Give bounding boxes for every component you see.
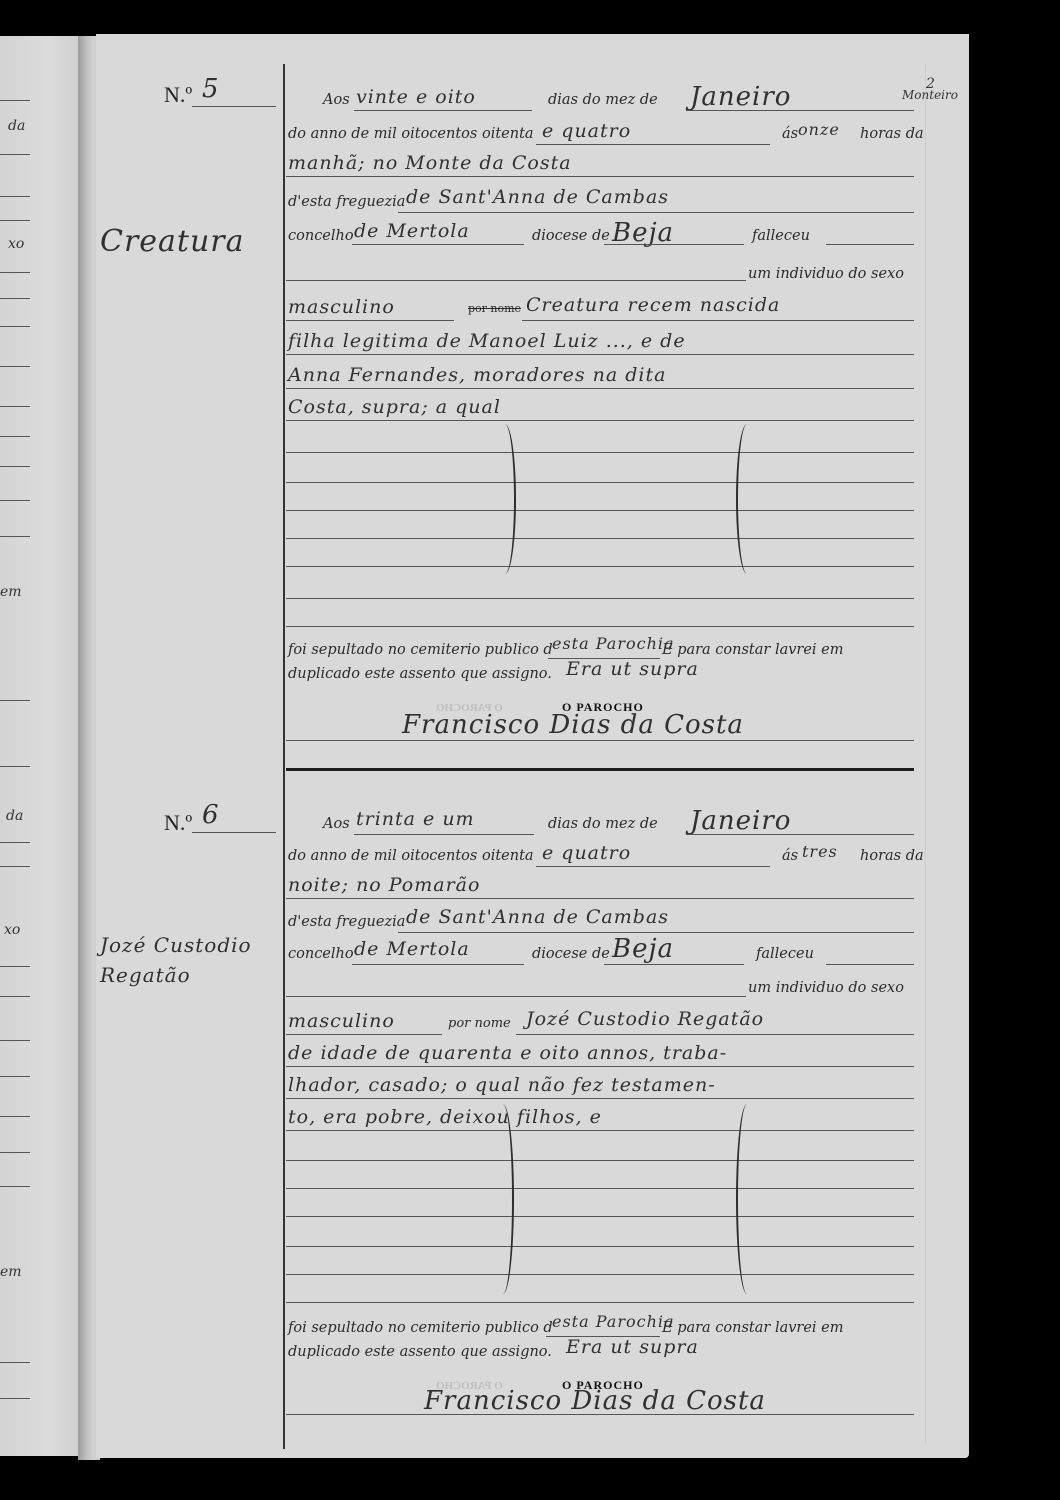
label-por-nome: por nome xyxy=(448,1016,511,1031)
day-value: trinta e um xyxy=(356,808,475,830)
left-page-rule xyxy=(0,406,30,407)
register-page: 2 Monteiro N.º 5 Creatura Aos vinte e oi… xyxy=(96,34,969,1458)
label-para-constar: E para constar lavrei em xyxy=(662,1320,844,1336)
label-falleceu: falleceu xyxy=(756,946,814,962)
label-sepultado: foi sepultado no cemiterio publico d xyxy=(288,642,553,658)
sex-line xyxy=(286,320,454,321)
left-page-rule xyxy=(0,100,30,101)
left-page-rule xyxy=(0,298,30,299)
day-value: vinte e oito xyxy=(356,86,476,108)
label-do-anno: do anno de mil oitocentos oitenta xyxy=(288,848,534,864)
time-place-line xyxy=(286,176,914,177)
detail-line-2: lhador, casado; o qual não fez testamen- xyxy=(288,1074,716,1096)
label-concelho: concelho xyxy=(288,946,354,962)
blank-rule xyxy=(286,1160,914,1161)
left-page-rule xyxy=(0,1186,30,1187)
left-page-rule xyxy=(0,1040,30,1041)
left-page-rule xyxy=(0,996,30,997)
label-do-anno: do anno de mil oitocentos oitenta xyxy=(288,126,534,142)
label-para-constar: E para constar lavrei em xyxy=(662,642,844,658)
label-falleceu: falleceu xyxy=(752,228,810,244)
year-suffix: e quatro xyxy=(542,120,631,142)
label-freguezia: d'esta freguezia xyxy=(288,914,405,930)
diocese-line xyxy=(604,964,744,965)
detail-line-2: Anna Fernandes, moradores na dita xyxy=(288,364,666,386)
number-underline xyxy=(192,106,276,107)
left-page-fragment: da xyxy=(6,808,23,824)
label-por-nome-struck: por nome xyxy=(468,302,521,315)
signature-line xyxy=(286,1414,914,1415)
entry-number-label: N.º xyxy=(164,810,192,836)
blank-rule xyxy=(286,452,914,453)
blank-rule xyxy=(286,598,914,599)
margin-column-divider xyxy=(283,64,285,1449)
left-page-rule xyxy=(0,1116,30,1117)
left-page-rule xyxy=(0,966,30,967)
left-page-fragment: em xyxy=(0,584,22,600)
day-line xyxy=(354,834,534,835)
left-page-fragment: xo xyxy=(4,922,20,938)
detail-rule xyxy=(286,1098,914,1099)
bleed-through-line xyxy=(925,64,926,1444)
label-dias-do-mez: dias do mez de xyxy=(548,92,658,108)
era-ut-supra: Era ut supra xyxy=(566,1336,699,1358)
entry-number: 6 xyxy=(202,800,220,830)
blank-rule xyxy=(286,538,914,539)
detail-rule xyxy=(286,1130,914,1131)
left-page-rule xyxy=(0,466,30,467)
detail-line-1: de idade de quarenta e oito annos, traba… xyxy=(288,1042,727,1064)
left-page-rule xyxy=(0,326,30,327)
left-page-rule xyxy=(0,220,30,221)
diocese-value: Beja xyxy=(612,934,674,964)
left-page-rule xyxy=(0,766,30,767)
cemetery-value: esta Parochia xyxy=(552,634,675,653)
label-as: ás xyxy=(782,126,798,142)
blank-line xyxy=(286,996,746,997)
left-page-rule xyxy=(0,272,30,273)
month-line xyxy=(686,110,914,111)
left-page-rule xyxy=(0,1152,30,1153)
left-page-fragment: em xyxy=(0,1264,22,1280)
sex-value: masculino xyxy=(288,1010,395,1032)
falleceu-line xyxy=(826,244,914,245)
cancel-stroke-right xyxy=(736,1104,758,1294)
label-horas-da: horas da xyxy=(860,126,924,142)
name-line xyxy=(522,320,914,321)
blank-rule xyxy=(286,510,914,511)
margin-name: Creatura xyxy=(100,224,245,259)
label-duplicado: duplicado este assento que assigno. xyxy=(288,1344,552,1360)
left-page-rule xyxy=(0,154,30,155)
detail-line-3: Costa, supra; a qual xyxy=(288,396,501,418)
deceased-name: Creatura recem nascida xyxy=(526,294,780,316)
entry-number-label: N.º xyxy=(164,82,192,108)
month-value: Janeiro xyxy=(690,82,791,112)
left-page-rule xyxy=(0,366,30,367)
left-page-rule xyxy=(0,1398,30,1399)
detail-rule xyxy=(286,420,914,421)
name-line xyxy=(516,1034,914,1035)
corner-note: Monteiro xyxy=(902,88,958,102)
detail-line-3: to, era pobre, deixou filhos, e xyxy=(288,1106,602,1128)
blank-rule xyxy=(286,1216,914,1217)
falleceu-line xyxy=(826,964,914,965)
blank-rule xyxy=(286,1274,914,1275)
hour-value: tres xyxy=(802,842,838,861)
cancel-stroke-right xyxy=(736,424,758,574)
concelho-line xyxy=(352,244,524,245)
hour-value: onze xyxy=(798,120,840,139)
label-as: ás xyxy=(782,848,798,864)
detail-rule xyxy=(286,388,914,389)
year-line xyxy=(536,866,770,867)
cemetery-value: esta Parochia xyxy=(552,1312,675,1331)
concelho-line xyxy=(352,964,524,965)
entry-separator xyxy=(286,768,914,771)
label-individuo: um individuo do sexo xyxy=(748,980,904,996)
label-aos: Aos xyxy=(323,92,350,108)
month-line xyxy=(686,834,914,835)
left-page-rule xyxy=(0,436,30,437)
left-page-rule xyxy=(0,866,30,867)
detail-rule xyxy=(286,1066,914,1067)
label-concelho: concelho xyxy=(288,228,354,244)
left-page-rule xyxy=(0,500,30,501)
detail-line-1: filha legitima de Manoel Luiz ..., e de xyxy=(288,330,686,352)
deceased-name: Jozé Custodio Regatão xyxy=(526,1008,764,1030)
time-place: noite; no Pomarão xyxy=(288,874,480,896)
number-underline xyxy=(192,832,276,833)
margin-name: Jozé Custodio Regatão xyxy=(100,930,270,990)
left-page-fragment: da xyxy=(8,118,25,134)
sex-value: masculino xyxy=(288,296,395,318)
signature-line xyxy=(286,740,914,741)
month-value: Janeiro xyxy=(690,806,791,836)
label-aos: Aos xyxy=(323,816,350,832)
left-page-rule xyxy=(0,1076,30,1077)
year-suffix: e quatro xyxy=(542,842,631,864)
parocho-signature: Francisco Dias da Costa xyxy=(402,710,744,740)
left-page-rule xyxy=(0,842,30,843)
cancel-stroke-left xyxy=(492,1104,514,1294)
blank-rule xyxy=(286,1246,914,1247)
left-page-rule xyxy=(0,700,30,701)
left-page-edge: da xo em da xo em xyxy=(0,36,80,1456)
freguezia-value: de Sant'Anna de Cambas xyxy=(406,906,669,928)
cancel-stroke-left xyxy=(494,424,516,574)
blank-rule xyxy=(286,1302,914,1303)
sex-line xyxy=(286,1034,442,1035)
parocho-signature: Francisco Dias da Costa xyxy=(424,1386,766,1416)
era-ut-supra: Era ut supra xyxy=(566,658,699,680)
concelho-value: de Mertola xyxy=(354,938,470,960)
freguezia-line xyxy=(398,932,914,933)
blank-rule xyxy=(286,566,914,567)
detail-rule xyxy=(286,354,914,355)
label-diocese: diocese de xyxy=(532,946,610,962)
blank-rule xyxy=(286,626,914,627)
label-individuo: um individuo do sexo xyxy=(748,266,904,282)
label-dias-do-mez: dias do mez de xyxy=(548,816,658,832)
blank-rule xyxy=(286,482,914,483)
left-page-rule xyxy=(0,196,30,197)
label-duplicado: duplicado este assento que assigno. xyxy=(288,666,552,682)
time-place-line xyxy=(286,898,914,899)
entry-number: 5 xyxy=(202,74,220,104)
year-line xyxy=(536,144,770,145)
freguezia-value: de Sant'Anna de Cambas xyxy=(406,186,669,208)
blank-rule xyxy=(286,1188,914,1189)
left-page-rule xyxy=(0,536,30,537)
left-page-rule xyxy=(0,1362,30,1363)
concelho-value: de Mertola xyxy=(354,220,470,242)
label-diocese: diocese de xyxy=(532,228,610,244)
left-page-fragment: xo xyxy=(8,236,24,252)
blank-line xyxy=(286,280,746,281)
label-sepultado: foi sepultado no cemiterio publico d xyxy=(288,1320,553,1336)
time-place: manhã; no Monte da Costa xyxy=(288,152,572,174)
label-freguezia: d'esta freguezia xyxy=(288,194,405,210)
label-horas-da: horas da xyxy=(860,848,924,864)
freguezia-line xyxy=(398,212,914,213)
day-line xyxy=(354,110,532,111)
diocese-line xyxy=(604,244,744,245)
